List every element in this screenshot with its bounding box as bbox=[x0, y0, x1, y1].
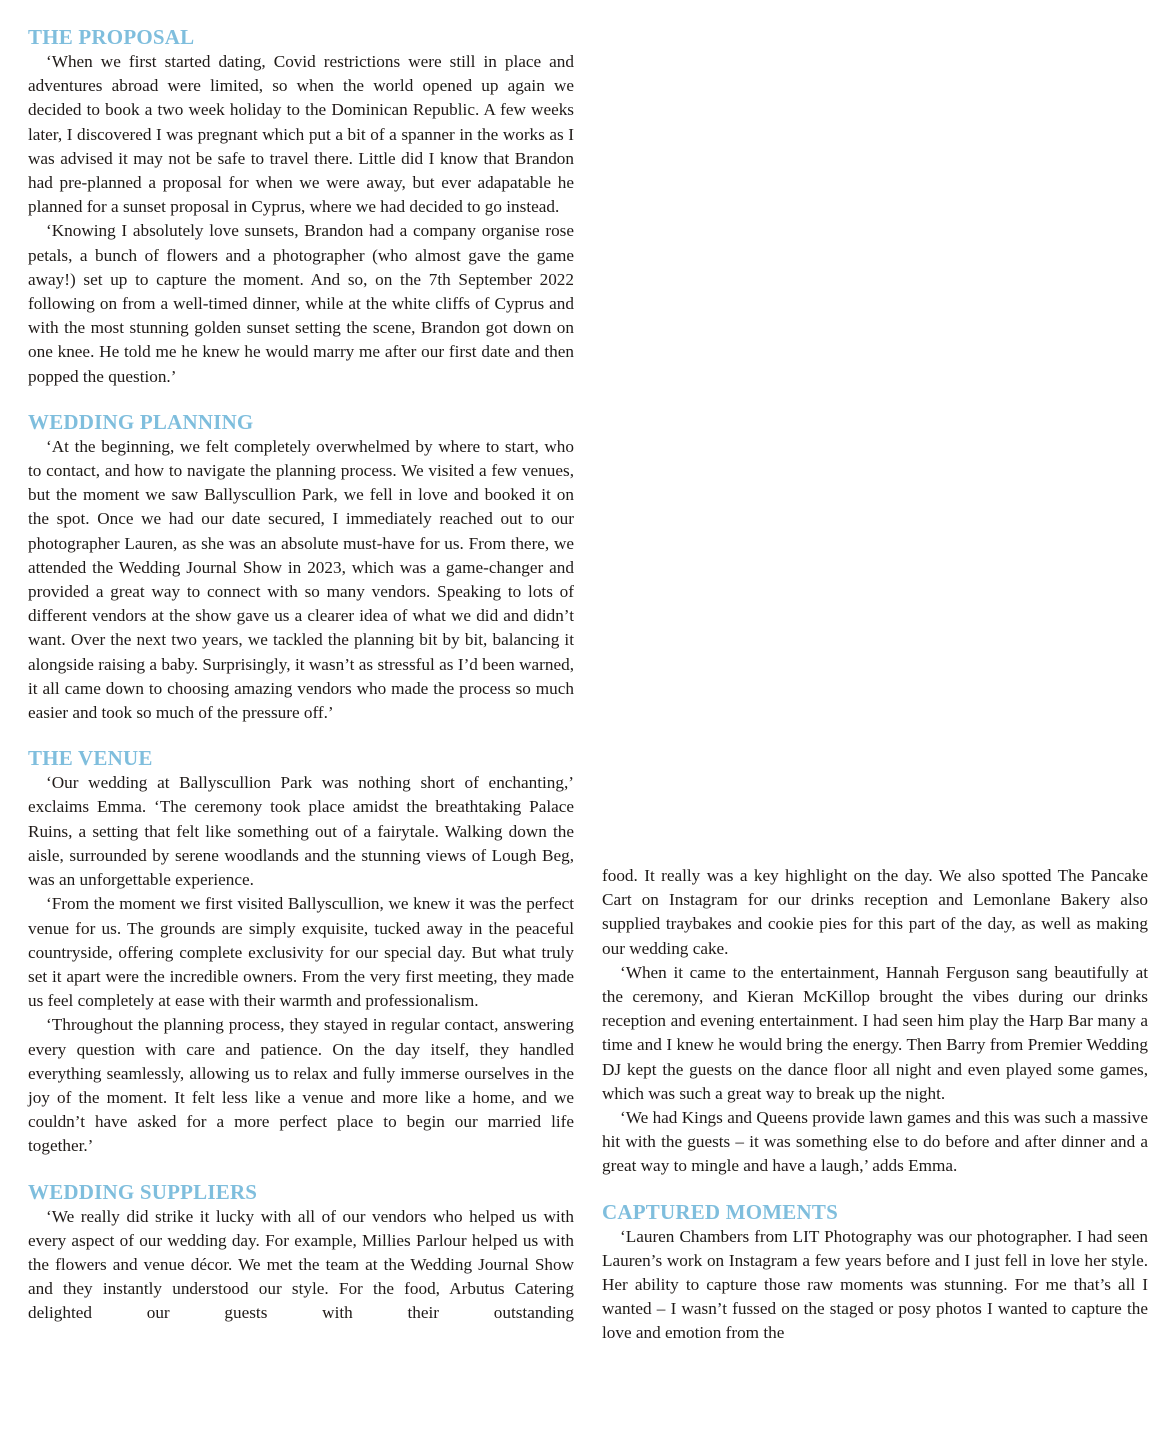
section-heading: CAPTURED MOMENTS bbox=[602, 1199, 1148, 1225]
body-paragraph: ‘Throughout the planning process, they s… bbox=[28, 1013, 574, 1158]
section-heading: THE PROPOSAL bbox=[28, 24, 574, 50]
body-paragraph: ‘Lauren Chambers from LIT Photography wa… bbox=[602, 1225, 1148, 1346]
body-paragraph: ‘From the moment we first visited Ballys… bbox=[28, 892, 574, 1013]
section-wedding-planning: WEDDING PLANNING ‘At the beginning, we f… bbox=[28, 409, 574, 725]
body-paragraph: ‘Knowing I absolutely love sunsets, Bran… bbox=[28, 219, 574, 388]
body-paragraph: ‘We had Kings and Queens provide lawn ga… bbox=[602, 1106, 1148, 1179]
section-captured-moments: CAPTURED MOMENTS ‘Lauren Chambers from L… bbox=[602, 1199, 1148, 1346]
body-paragraph: ‘At the beginning, we felt completely ov… bbox=[28, 435, 574, 725]
body-paragraph: ‘Our wedding at Ballyscullion Park was n… bbox=[28, 771, 574, 892]
right-column: food. It really was a key highlight on t… bbox=[602, 864, 1148, 1366]
section-wedding-suppliers: WEDDING SUPPLIERS ‘We really did strike … bbox=[28, 1179, 574, 1326]
section-wedding-suppliers-continued: food. It really was a key highlight on t… bbox=[602, 864, 1148, 1179]
body-paragraph: ‘When we first started dating, Covid res… bbox=[28, 50, 574, 219]
section-heading: THE VENUE bbox=[28, 745, 574, 771]
body-paragraph-continued: ‘We really did strike it lucky with all … bbox=[28, 1205, 574, 1326]
section-heading: WEDDING PLANNING bbox=[28, 409, 574, 435]
body-paragraph-continuation: food. It really was a key highlight on t… bbox=[602, 864, 1148, 961]
section-the-proposal: THE PROPOSAL ‘When we first started dati… bbox=[28, 24, 574, 389]
left-column: THE PROPOSAL ‘When we first started dati… bbox=[28, 24, 574, 1346]
section-the-venue: THE VENUE ‘Our wedding at Ballyscullion … bbox=[28, 745, 574, 1158]
section-heading: WEDDING SUPPLIERS bbox=[28, 1179, 574, 1205]
body-paragraph: ‘When it came to the entertainment, Hann… bbox=[602, 961, 1148, 1106]
